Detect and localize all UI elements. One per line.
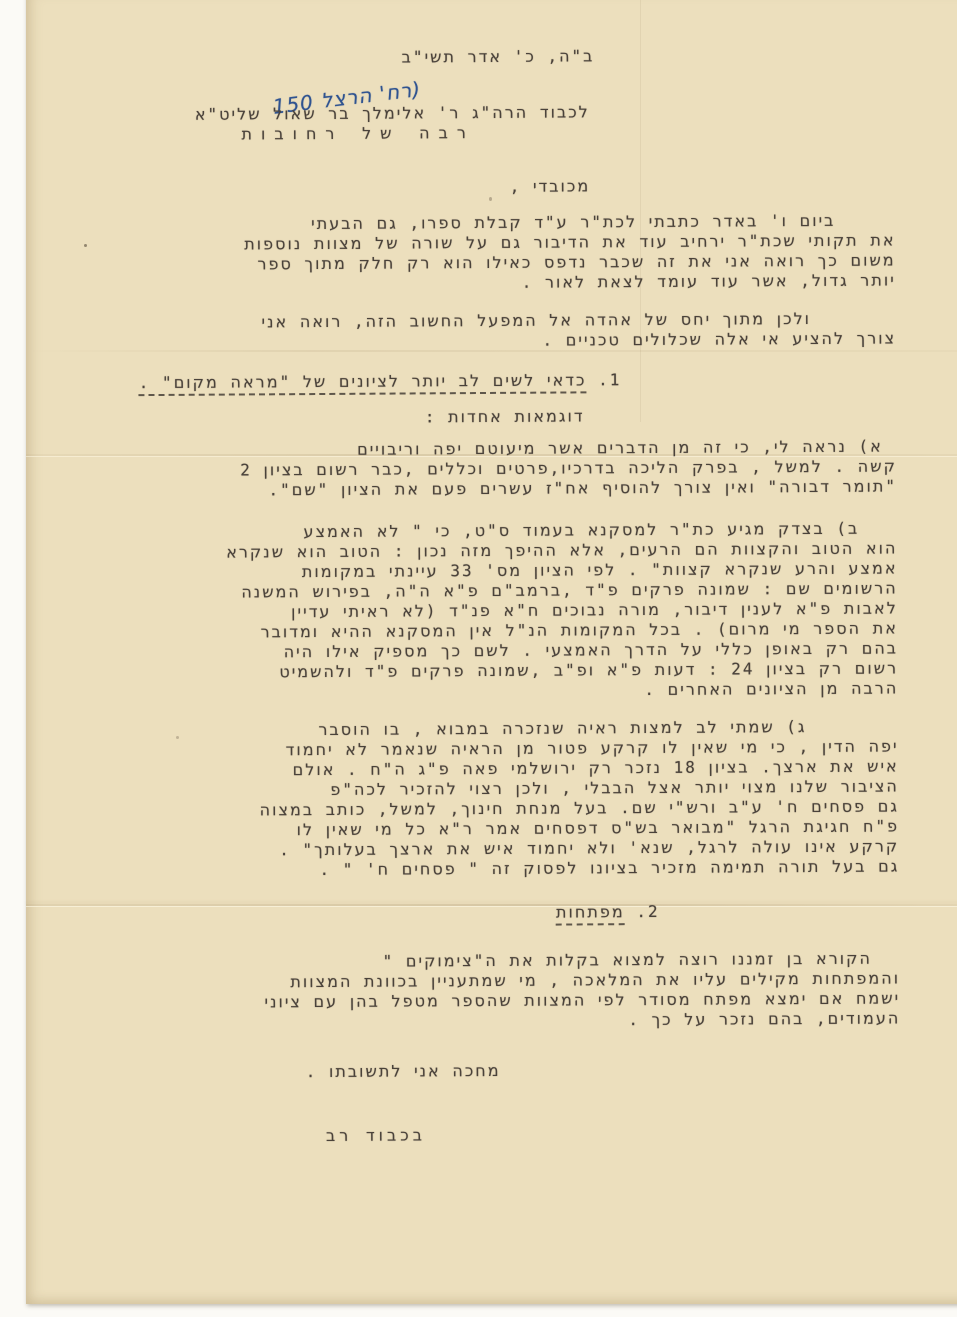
intro-paragraph: ולכן מתוך יחס של אהדה אל המפעל החשוב הזה… xyxy=(74,308,896,353)
section-1-number: 1. xyxy=(598,370,621,389)
opening-paragraph: ביום ו' באדר כתבתי לכת"ר ע"ד קבלת ספרו, … xyxy=(73,210,895,295)
closing-line: מחכה אני לתשובתו . xyxy=(79,1061,501,1084)
section-2-title: מפתחות xyxy=(556,902,625,925)
section-1-heading: 1. כדאי לשים לב יותר לציונים של "מראה מק… xyxy=(74,370,621,393)
index-paragraph: הקורא בן זמננו רוצה למצוא בקלות את ה"צימ… xyxy=(78,948,900,1033)
recipient-address-block: לכבוד הרה"ג ר' אלימלך בר שאול שליט"א רבה… xyxy=(73,100,895,145)
example-item-alef: א) נראה לי, כי זה מן הדברים אשר מיעוטם י… xyxy=(75,436,897,501)
signoff: בכבוד רב xyxy=(79,1125,426,1147)
recipient-name-line: לכבוד הרה"ג ר' אלימלך בר שאול שליט"א xyxy=(73,102,590,125)
section-2-number: 2. xyxy=(636,902,659,921)
salutation: מכובדי , xyxy=(73,176,590,199)
section-2-heading: 2. מפתחות xyxy=(78,902,660,926)
example-item-gimel: ג) שמתי לב למצות ראיה שנזכרה במבוא , בו … xyxy=(76,716,899,881)
section-1-title: כדאי לשים לב יותר לציונים של "מראה מקום"… xyxy=(139,370,587,396)
example-item-bet: ב) בצדק מגיע כת"ר למסקנא בעמוד ס"ט, כי "… xyxy=(75,518,898,703)
examples-subheading: דוגמאות אחדות : xyxy=(75,406,585,429)
letter-body: ב"ה, כ' אדר תשי"ב לכבוד הרה"ג ר' אלימלך … xyxy=(26,0,957,1310)
recipient-title-line: רבה של רחובות xyxy=(73,123,475,145)
date-line: ב"ה, כ' אדר תשי"ב xyxy=(72,46,594,69)
letter-page: (רח' הרצל 150 ב"ה, כ' אדר תשי"ב לכבוד הר… xyxy=(26,0,957,1304)
